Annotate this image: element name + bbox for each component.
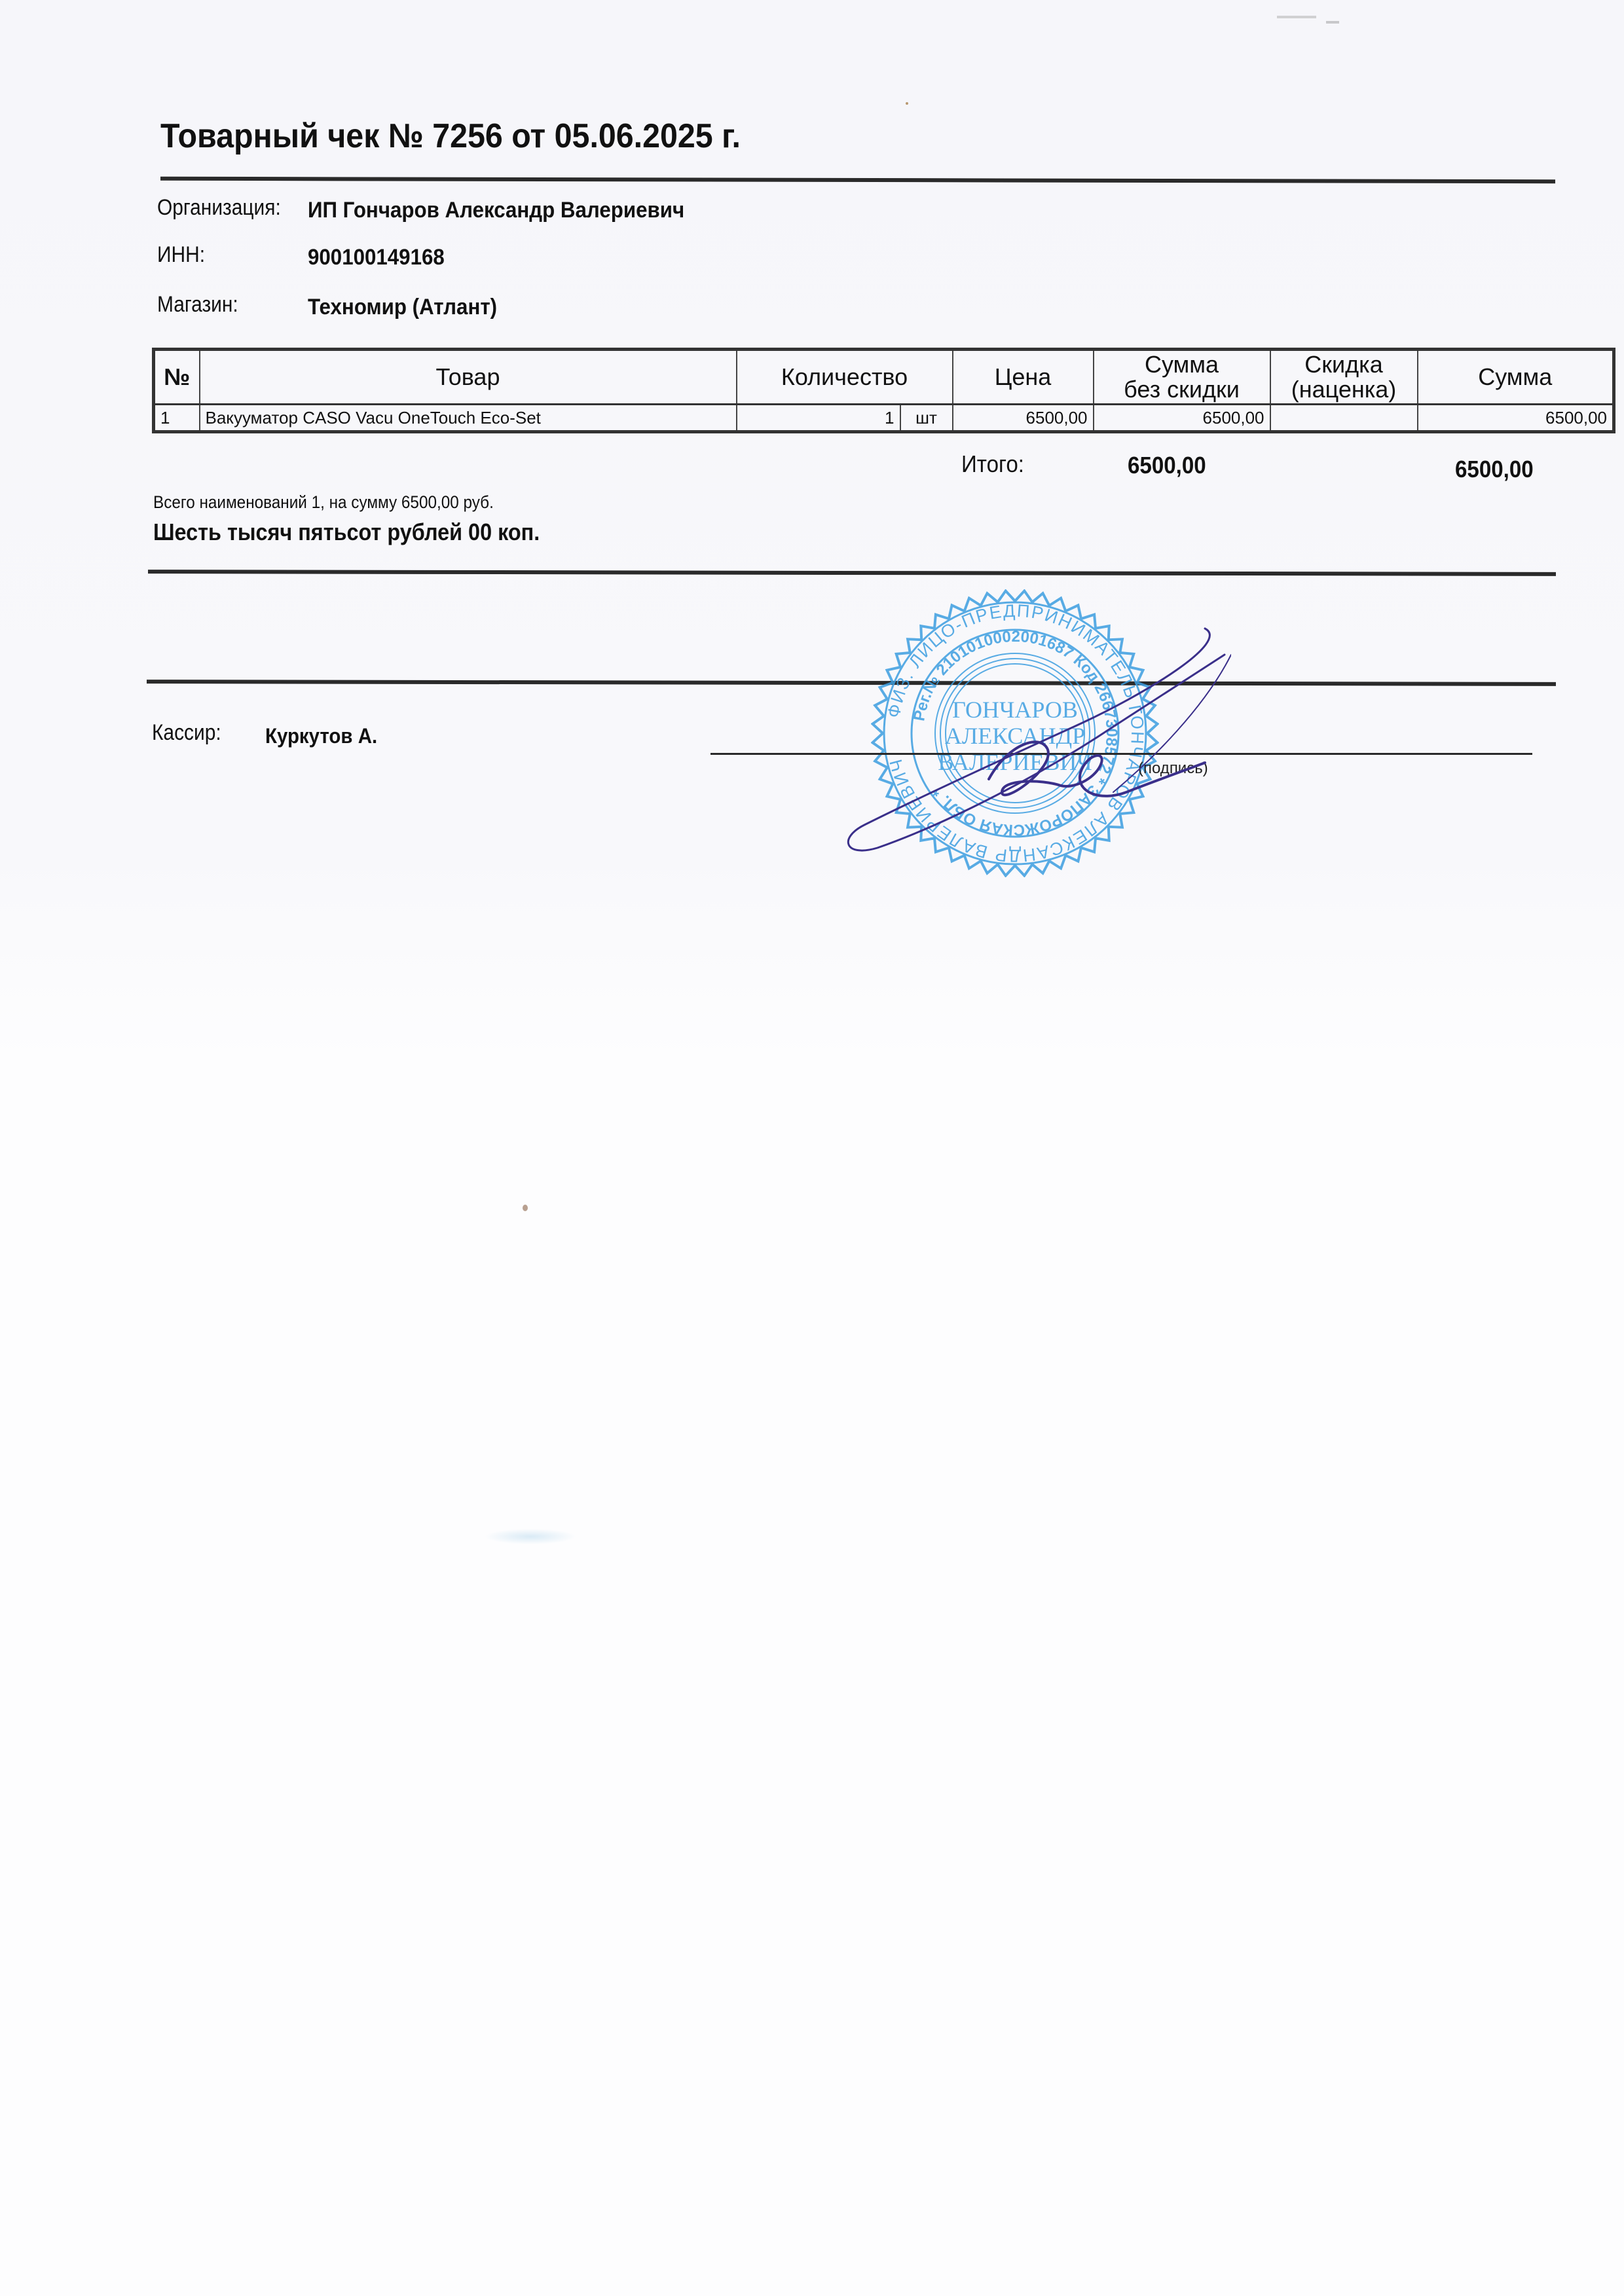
organization-label: Организация: [157, 195, 281, 221]
col-header-sum-no-discount-line2: без скидки [1099, 377, 1264, 402]
totals-sum: 6500,00 [1455, 456, 1534, 483]
cell-qty: 1 [737, 405, 900, 432]
col-header-qty: Количество [737, 350, 953, 405]
col-header-discount-line1: Скидка [1276, 352, 1412, 377]
cashier-name: Куркутов А. [265, 724, 377, 748]
store-value: Техномир (Атлант) [308, 295, 497, 320]
amount-in-words: Шесть тысяч пятьсот рублей 00 коп. [153, 519, 540, 546]
handwritten-signature [838, 615, 1231, 864]
cell-sum: 6500,00 [1418, 405, 1614, 432]
scan-artifact [1277, 16, 1316, 18]
col-header-sum-no-discount-line1: Сумма [1099, 352, 1264, 377]
col-header-sum-no-discount: Сумма без скидки [1094, 350, 1270, 405]
page-title: Товарный чек № 7256 от 05.06.2025 г. [160, 117, 741, 156]
inn-label: ИНН: [157, 242, 205, 268]
cell-sum-no-discount: 6500,00 [1094, 405, 1270, 432]
col-header-no: № [154, 350, 200, 405]
cell-no: 1 [154, 405, 200, 432]
scan-artifact [1326, 21, 1339, 24]
col-header-sum: Сумма [1418, 350, 1614, 405]
scan-speck [906, 102, 908, 105]
cell-discount [1270, 405, 1418, 432]
col-header-discount-line2: (наценка) [1276, 377, 1412, 402]
store-label: Магазин: [157, 292, 238, 318]
cashier-label: Кассир: [152, 720, 221, 746]
cell-item: Вакууматор CASO Vacu OneTouch Eco-Set [200, 405, 737, 432]
items-table: № Товар Количество Цена Сумма без скидки… [152, 348, 1615, 433]
col-header-item: Товар [200, 350, 737, 405]
cell-unit: шт [900, 405, 953, 432]
summary-line: Всего наименований 1, на сумму 6500,00 р… [153, 492, 494, 513]
inn-value: 900100149168 [308, 245, 445, 270]
organization-value: ИП Гончаров Александр Валериевич [308, 198, 684, 223]
totals-label: Итого: [961, 450, 1024, 478]
table-header-row: № Товар Количество Цена Сумма без скидки… [154, 350, 1614, 405]
table-row: 1 Вакууматор CASO Vacu OneTouch Eco-Set … [154, 405, 1614, 432]
col-header-price: Цена [953, 350, 1094, 405]
scan-speck [523, 1205, 528, 1211]
scan-smudge [485, 1529, 576, 1544]
cell-price: 6500,00 [953, 405, 1094, 432]
col-header-discount: Скидка (наценка) [1270, 350, 1418, 405]
totals-sum-no-discount: 6500,00 [1128, 452, 1206, 479]
